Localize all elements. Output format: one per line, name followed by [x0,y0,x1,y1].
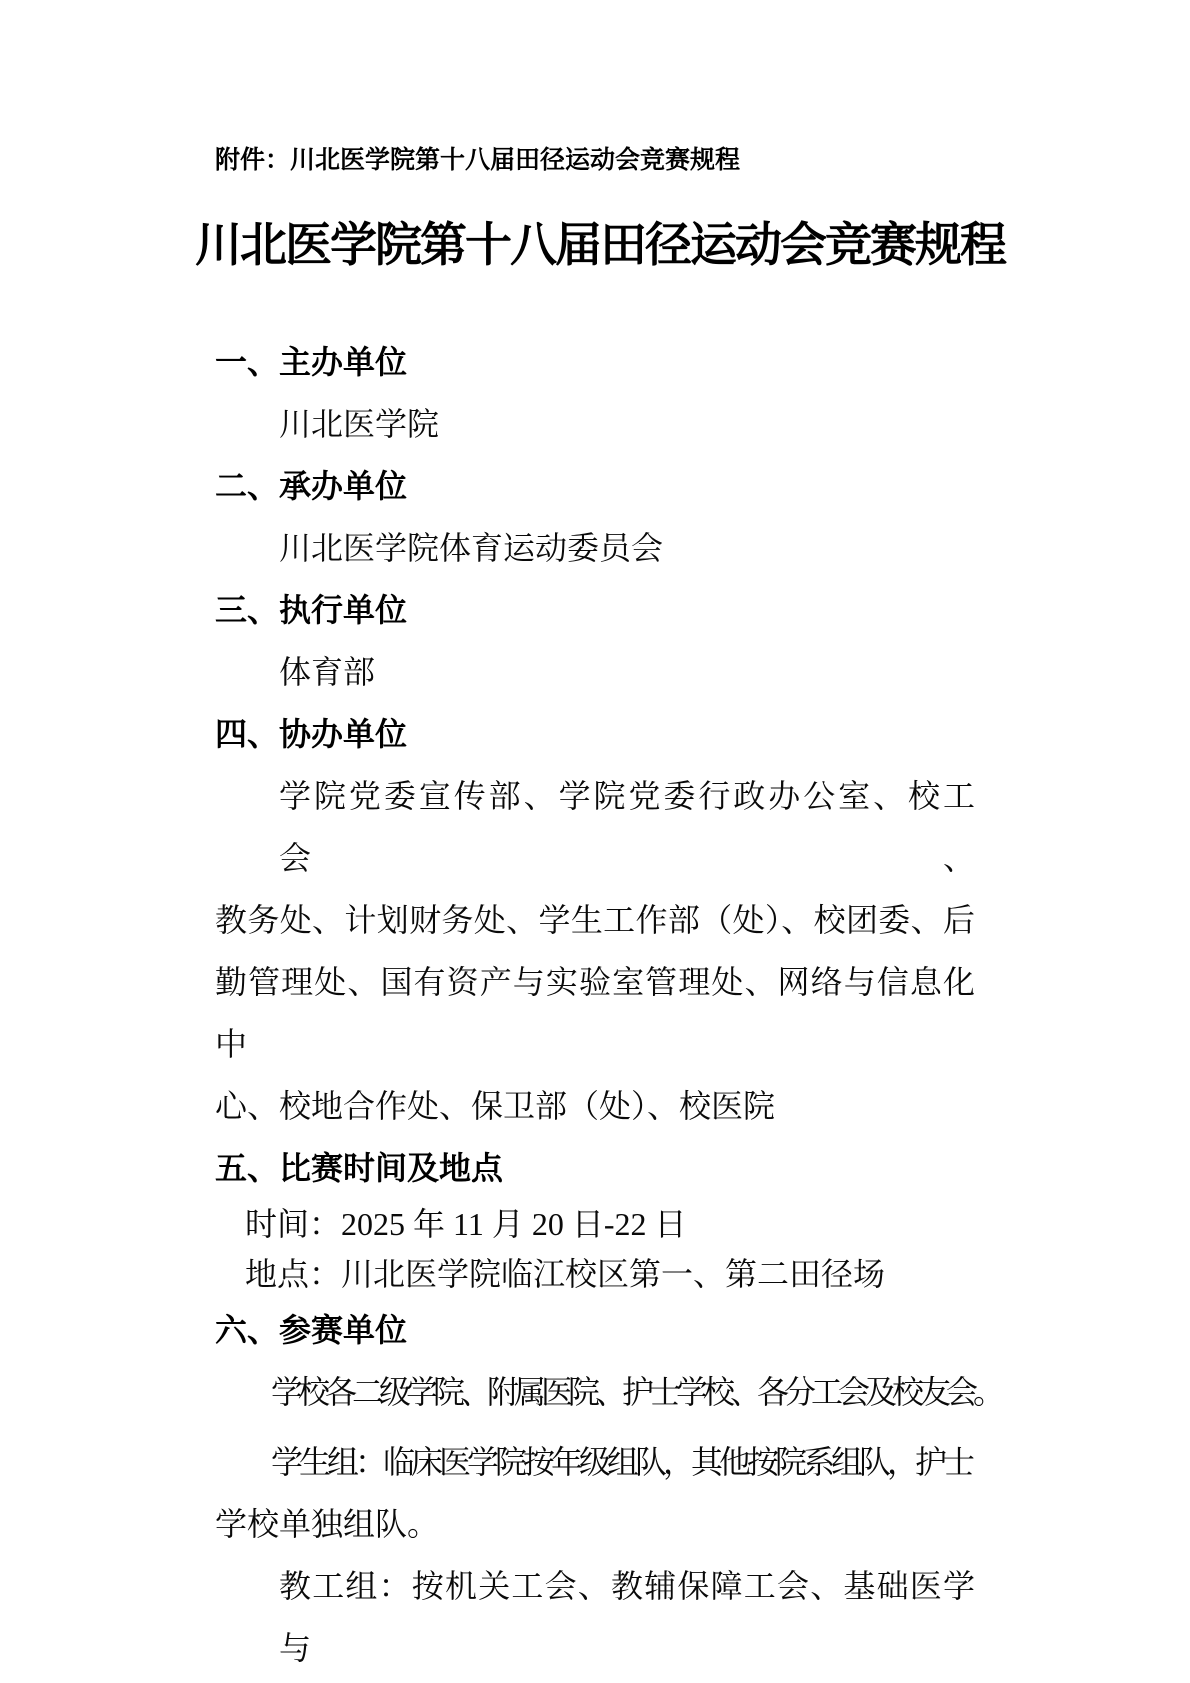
body-line: 教工组：按机关工会、教辅保障工会、基础医学与 [215,1555,975,1679]
body-line: 学校各二级学院、附属医院、护士学校、各分工会及校友会。 [215,1361,975,1423]
body-line: 川北医学院 [215,393,975,455]
section-heading-participating-units: 六、参赛单位 [215,1299,975,1361]
body-line: 川北医学院体育运动委员会 [215,517,975,579]
body-line-time: 时间：2025 年 11 月 20 日-22 日 [215,1199,975,1249]
document-content: 附件：川北医学院第十八届田径运动会竞赛规程 川北医学院第十八届田径运动会竞赛规程… [215,143,975,1679]
section-heading-executing-unit: 三、执行单位 [215,579,975,641]
body-line: 学校单独组队。 [215,1493,975,1555]
body-line: 体育部 [215,641,975,703]
body-line: 学院党委宣传部、学院党委行政办公室、校工会、 [215,765,975,889]
body-line-place: 地点：川北医学院临江校区第一、第二田径场 [215,1249,975,1299]
body-line: 学生组：临床医学院按年级组队，其他按院系组队，护士 [215,1431,975,1493]
body-line: 教务处、计划财务处、学生工作部（处）、校团委、后 [215,889,975,951]
section-heading-time-and-place: 五、比赛时间及地点 [215,1137,975,1199]
document-page: 附件：川北医学院第十八届田径运动会竞赛规程 川北医学院第十八届田径运动会竞赛规程… [0,0,1190,1683]
attachment-note: 附件：川北医学院第十八届田径运动会竞赛规程 [215,143,975,177]
body-line: 心、校地合作处、保卫部（处）、校医院 [215,1075,975,1137]
body-line: 勤管理处、国有资产与实验室管理处、网络与信息化中 [215,951,975,1075]
document-title: 川北医学院第十八届田径运动会竞赛规程 [195,218,995,274]
section-heading-host-unit: 一、主办单位 [215,331,975,393]
section-heading-organizer-unit: 二、承办单位 [215,455,975,517]
section-heading-co-organizers: 四、协办单位 [215,703,975,765]
